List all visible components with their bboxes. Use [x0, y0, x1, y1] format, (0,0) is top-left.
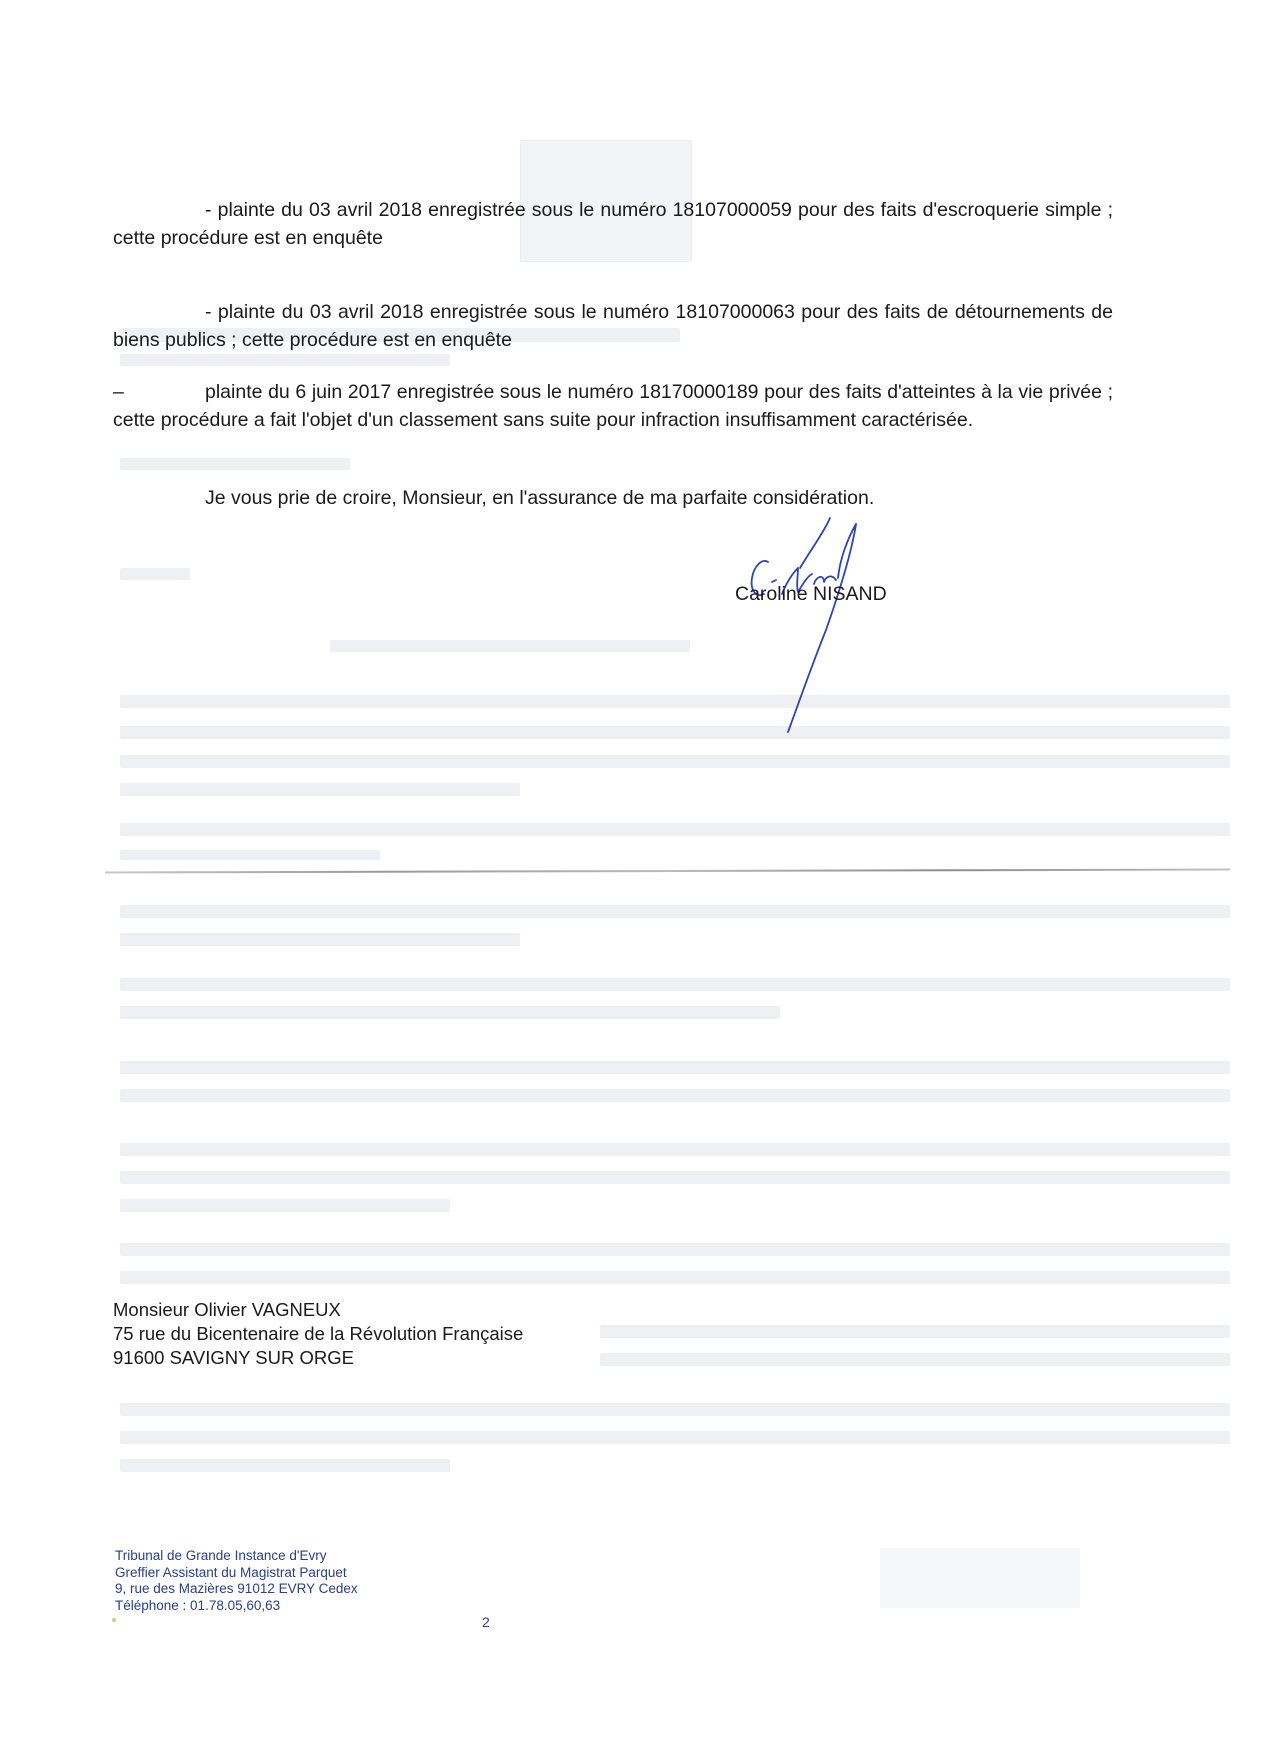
bullet-dash: -: [205, 199, 212, 221]
bullet-dash: –: [113, 378, 205, 406]
page-number: 2: [482, 1614, 490, 1630]
recipient-city: 91600 SAVIGNY SUR ORGE: [113, 1346, 523, 1370]
recipient-name: Monsieur Olivier VAGNEUX: [113, 1298, 523, 1322]
complaint-item-3: –plainte du 6 juin 2017 enregistrée sous…: [113, 378, 1113, 434]
item-text-line1: plainte du 6 juin 2017 enregistrée sous …: [205, 381, 975, 403]
handwritten-signature: [740, 510, 910, 735]
signatory-name: Caroline NISAND: [735, 582, 887, 606]
paper-fold-line: [105, 869, 1230, 874]
complaint-item-1: - plainte du 03 avril 2018 enregistrée s…: [113, 196, 1113, 252]
complaint-item-2: - plainte du 03 avril 2018 enregistrée s…: [113, 298, 1113, 354]
closing-formula: Je vous prie de croire, Monsieur, en l'a…: [205, 484, 874, 512]
footer-phone: Téléphone : 01.78.05,60,63: [115, 1598, 358, 1615]
footer-court: Tribunal de Grande Instance d'Evry: [115, 1548, 358, 1565]
footer-address: 9, rue des Mazières 91012 EVRY Cedex: [115, 1581, 358, 1598]
item-text-line1: plainte du 03 avril 2018 enregistrée sou…: [218, 199, 917, 221]
item-text-line1: plainte du 03 avril 2018 enregistrée sou…: [218, 301, 949, 323]
recipient-address: Monsieur Olivier VAGNEUX 75 rue du Bicen…: [113, 1298, 523, 1370]
footer-office: Greffier Assistant du Magistrat Parquet: [115, 1565, 358, 1582]
paper-speck: [112, 1618, 116, 1622]
court-footer: Tribunal de Grande Instance d'Evry Greff…: [115, 1548, 358, 1614]
bullet-dash: -: [205, 301, 212, 323]
recipient-street: 75 rue du Bicentenaire de la Révolution …: [113, 1322, 523, 1346]
